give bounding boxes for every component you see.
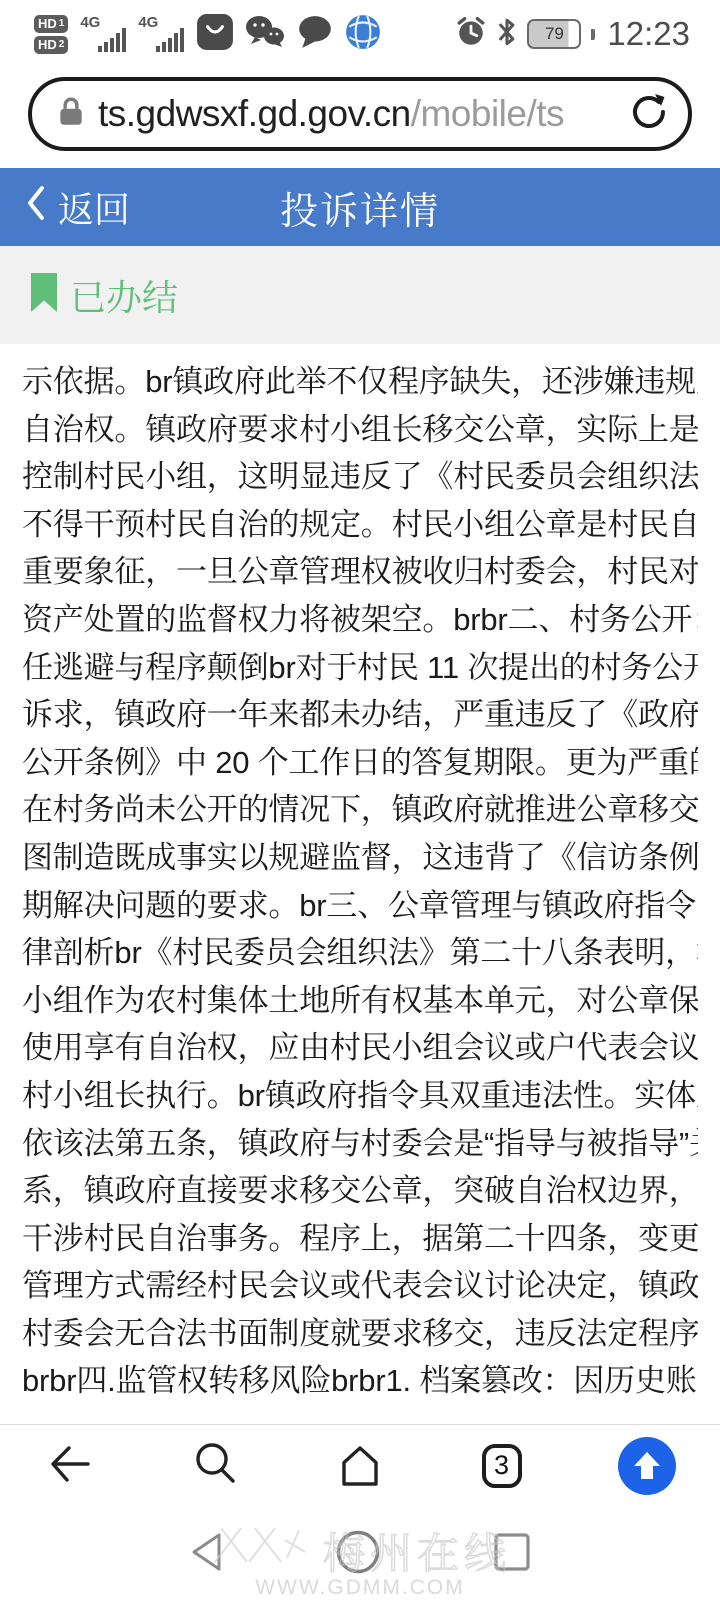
- hd1-badge: HD1: [34, 15, 68, 33]
- signal-icon: 4G: [138, 14, 186, 54]
- body-text-line: 自治权。镇政府要求村小组长移交公章，实际上是间接: [22, 406, 698, 454]
- nav-home-button[interactable]: [335, 1529, 381, 1578]
- status-bar-left: HD1 HD2 4G 4G: [34, 13, 382, 56]
- body-text-line: 公开条例》中 20 个工作日的答复期限。更为严重的是，: [22, 739, 698, 787]
- android-nav-bar: [0, 1506, 720, 1600]
- body-text-line: 图制造既成事实以规避监督，这违背了《信访条例》限: [22, 834, 698, 882]
- browser-notification-icon: [344, 13, 382, 56]
- body-text-line: 使用享有自治权，应由村民小组会议或户代表会议定，: [22, 1024, 698, 1072]
- browser-home-button[interactable]: [335, 1440, 385, 1491]
- tabs-icon: 3: [482, 1444, 522, 1488]
- search-icon: [191, 1440, 239, 1491]
- body-text-line: 系，镇政府直接要求移交公章，突破自治权边界，非法: [22, 1167, 698, 1215]
- alarm-icon: [455, 16, 487, 53]
- body-text-line: 村委会无合法书面制度就要求移交，违反法定程序。: [22, 1310, 698, 1358]
- nav-recents-square-icon: [491, 1530, 533, 1577]
- body-text-line: 资产处置的监督权力将被架空。brbr二、村务公开：责: [22, 596, 698, 644]
- lock-icon: [58, 96, 84, 133]
- back-chevron-icon: [26, 184, 46, 231]
- body-text-line: 管理方式需经村民会议或代表会议讨论决定，镇政府与: [22, 1262, 698, 1310]
- browser-tabs-button[interactable]: 3: [482, 1444, 522, 1488]
- app-header: 返回 投诉详情: [0, 168, 720, 246]
- status-bar: HD1 HD2 4G 4G: [0, 0, 720, 60]
- home-icon: [335, 1440, 385, 1491]
- body-text-line: 不得干预村民自治的规定。村民小组公章是村民自治的: [22, 501, 698, 549]
- nav-back-button[interactable]: [187, 1530, 225, 1577]
- body-text-line: 重要象征，一旦公章管理权被收归村委会，村民对集体: [22, 548, 698, 596]
- body-text-line: 依该法第五条，镇政府与村委会是“指导与被指导”关: [22, 1120, 698, 1168]
- back-button[interactable]: 返回: [26, 182, 130, 233]
- url-text: ts.gdwsxf.gd.gov.cn/mobile/ts: [98, 93, 612, 135]
- hd2-badge: HD2: [34, 36, 68, 54]
- url-bar-row: ts.gdwsxf.gd.gov.cn/mobile/ts: [0, 60, 720, 168]
- hd-badges: HD1 HD2: [34, 15, 68, 54]
- bluetooth-icon: [495, 16, 519, 53]
- status-bar-right: 79 12:23: [455, 15, 690, 53]
- body-text-line: 小组作为农村集体土地所有权基本单元，对公章保管与: [22, 977, 698, 1025]
- back-arrow-icon: [44, 1440, 94, 1491]
- address-bar[interactable]: ts.gdwsxf.gd.gov.cn/mobile/ts: [28, 77, 692, 151]
- refresh-icon[interactable]: [626, 89, 672, 140]
- body-text-line: 在村务尚未公开的情况下，镇政府就推进公章移交，企: [22, 786, 698, 834]
- clock-time: 12:23: [607, 15, 690, 53]
- status-badge-strip: 已办结: [0, 246, 720, 344]
- nav-home-circle-icon: [335, 1529, 381, 1578]
- body-text-line: 任逃避与程序颠倒br对于村民 11 次提出的村务公开合理: [22, 644, 698, 692]
- body-text-line: 村小组长执行。br镇政府指令具双重违法性。实体上，: [22, 1072, 698, 1120]
- body-text-line: 期解决问题的要求。br三、公章管理与镇政府指令的法: [22, 882, 698, 930]
- complaint-body-text: 示依据。br镇政府此举不仅程序缺失，还涉嫌违规上收自治权。镇政府要求村小组长移交…: [0, 344, 720, 1424]
- scroll-to-top-button[interactable]: [618, 1437, 676, 1495]
- body-text-line: brbr四.监管权转移风险brbr1. 档案篡改：因历史账目核: [22, 1357, 698, 1405]
- status-badge: 已办结: [70, 270, 178, 321]
- body-text-line: 律剖析br《村民委员会组织法》第二十八条表明，村民: [22, 929, 698, 977]
- back-label: 返回: [58, 182, 130, 233]
- scroll-top-icon: [618, 1437, 676, 1495]
- body-text-line: 诉求，镇政府一年来都未办结，严重违反了《政府信息: [22, 691, 698, 739]
- body-text-line: 干涉村民自治事务。程序上，据第二十四条，变更公章: [22, 1215, 698, 1263]
- browser-search-button[interactable]: [191, 1440, 239, 1491]
- message-notification-icon: [296, 14, 334, 55]
- url-path: /mobile/ts: [411, 93, 564, 134]
- nav-back-triangle-icon: [187, 1530, 225, 1577]
- bookmark-icon: [30, 273, 58, 318]
- wechat-notification-icon: [244, 14, 286, 55]
- nav-recents-button[interactable]: [491, 1530, 533, 1577]
- body-text-line: 示依据。br镇政府此举不仅程序缺失，还涉嫌违规上收: [22, 358, 698, 406]
- page-title: 投诉详情: [280, 180, 440, 235]
- phone-screen: HD1 HD2 4G 4G: [0, 0, 720, 1600]
- battery-nub: [591, 29, 595, 40]
- tab-count: 3: [494, 1450, 509, 1481]
- signal-icon: 4G: [80, 14, 128, 54]
- url-domain: ts.gdwsxf.gd.gov.cn: [98, 93, 411, 134]
- appstore-notification-icon: [196, 13, 234, 56]
- browser-back-button[interactable]: [44, 1440, 94, 1491]
- battery-icon: 79: [527, 19, 581, 49]
- body-text-line: 控制村民小组，这明显违反了《村民委员会组织法》中: [22, 453, 698, 501]
- browser-toolbar: 3: [0, 1424, 720, 1506]
